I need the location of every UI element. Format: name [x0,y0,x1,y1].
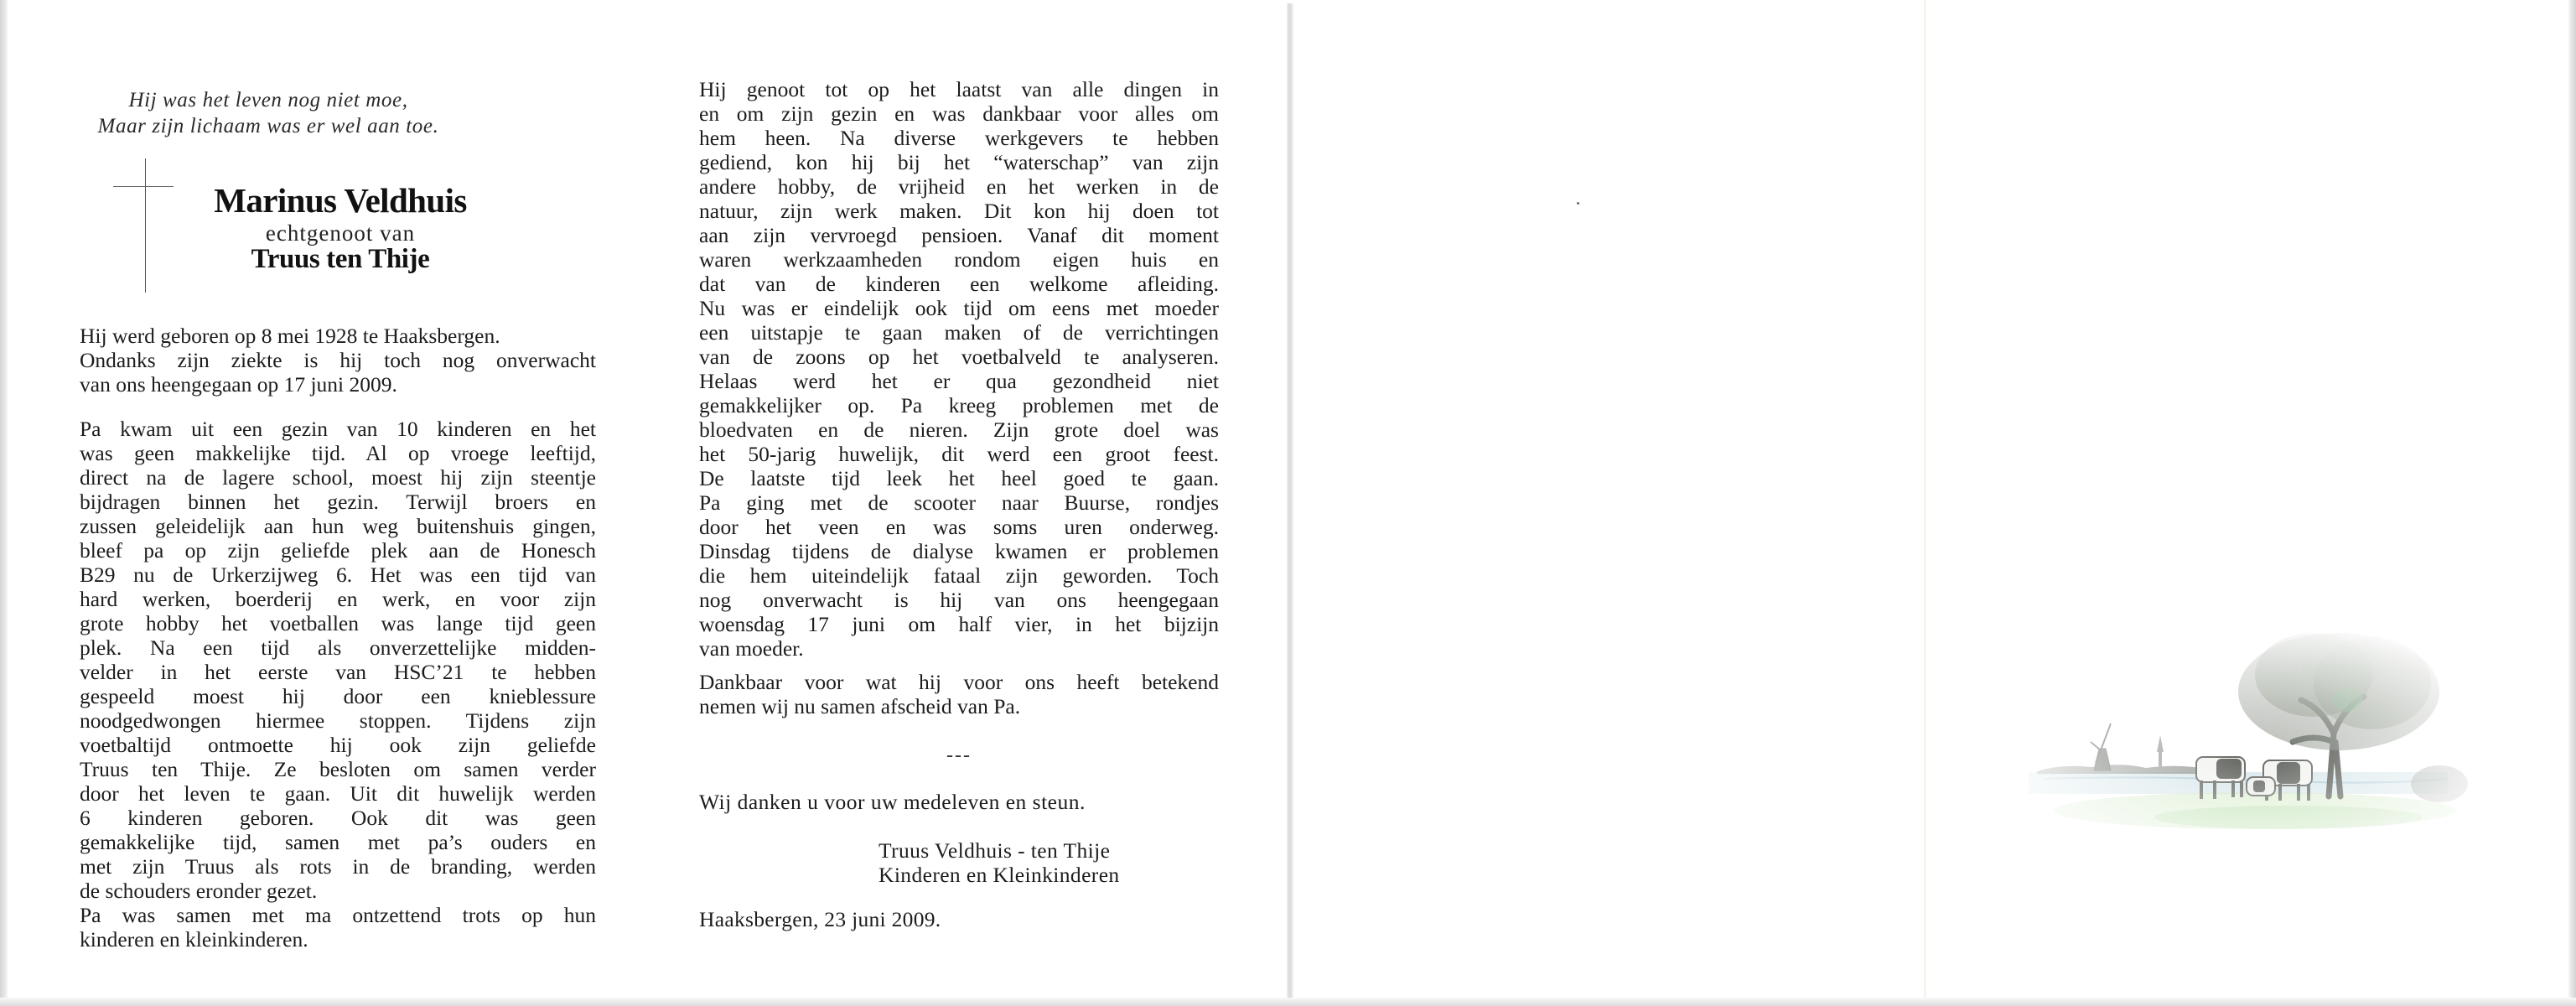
signed-by: Truus Veldhuis - ten Thije Kinderen en K… [879,838,1120,887]
text-line: gediend, kon hij bij het “waterschap” va… [699,150,1219,174]
text-line: door het leven te gaan. Uit dit huwelijk… [80,781,596,806]
later-life-paragraph: Hij genoot tot op het laatst van alle di… [699,77,1219,661]
text-line: van de zoons op het voetbalveld te analy… [699,345,1219,369]
text-line: Dinsdag tijdens de dialyse kwamen er pro… [699,539,1219,563]
card-edge-right [2568,0,2576,998]
life-story-paragraph: Pa kwam uit een gezin van 10 kinderen en… [80,417,596,952]
text-line: gespeeld moest hij door een knieblessure [80,684,596,708]
text-line: B29 nu de Urkerzijweg 6. Het was een tij… [80,563,596,587]
text-line: hard werken, boerderij en werk, en voor … [80,587,596,611]
paper-speck [1577,202,1579,205]
text-line: en om zijn gezin en was dankbaar voor al… [699,101,1219,126]
motto-line: Hij was het leven nog niet moe, [34,87,503,113]
signed-by-line: Kinderen en Kleinkinderen [879,863,1120,887]
text-line: aan zijn vervroegd pensioen. Vanaf dit m… [699,223,1219,247]
text-line: een uitstapje te gaan maken of de verric… [699,320,1219,345]
text-line: Pa kwam uit een gezin van 10 kinderen en… [80,417,596,441]
landscape-illustration [2012,616,2498,843]
text-line: van ons heengegaan op 17 juni 2009. [80,372,596,397]
text-line: woensdag 17 juni om half vier, in het bi… [699,612,1219,636]
text-line: Hij werd geboren op 8 mei 1928 te Haaksb… [80,324,596,348]
text-line: nemen wij nu samen afscheid van Pa. [699,694,1219,718]
deceased-name: Marinus Veldhuis [168,179,513,221]
text-line: Ondanks zijn ziekte is hij toch nog onve… [80,348,596,372]
text-line: andere hobby, de vrijheid en het werken … [699,174,1219,199]
text-line: Truus ten Thije. Ze besloten om samen ve… [80,757,596,781]
text-line: voetbaltijd ontmoette hij ook zijn gelie… [80,733,596,757]
text-line: Pa was samen met ma ontzettend trots op … [80,903,596,927]
card-edge-bottom [0,998,2576,1006]
birth-death-paragraph: Hij werd geboren op 8 mei 1928 te Haaksb… [80,324,596,397]
text-line: direct na de lagere school, moest hij zi… [80,465,596,490]
motto-line: Maar zijn lichaam was er wel aan toe. [34,113,503,139]
text-line: van moeder. [699,636,1219,661]
text-line: De laatste tijd leek het heel goed te ga… [699,466,1219,490]
text-line: bloedvaten en de nieren. Zijn grote doel… [699,417,1219,442]
text-line: hem heen. Na diverse werkgevers te hebbe… [699,126,1219,150]
memorial-motto: Hij was het leven nog niet moe, Maar zij… [34,87,503,139]
text-line: met zijn Truus als rots in de branding, … [80,854,596,879]
text-line: 6 kinderen geboren. Ook dit was geen [80,806,596,830]
text-line: zussen geleidelijk aan hun weg buitenshu… [80,514,596,538]
text-line: Helaas werd het er qua gezondheid niet [699,369,1219,393]
text-line: gemakkelijke tijd, samen met pa’s ouders… [80,830,596,854]
text-line: noodgedwongen hiermee stoppen. Tijdens z… [80,708,596,733]
text-line: grote hobby het voetballen was lange tij… [80,611,596,635]
card-fold-line [1287,3,1293,998]
text-line: Nu was er eindelijk ook tijd om eens met… [699,296,1219,320]
text-line: nog onverwacht is hij van ons heengegaan [699,588,1219,612]
cross-icon-horizontal [113,186,174,187]
card-edge-left [0,0,8,998]
text-line: bijdragen binnen het gezin. Terwijl broe… [80,490,596,514]
text-line: natuur, zijn werk maken. Dit kon hij doe… [699,199,1219,223]
text-line: plek. Na een tijd als onverzettelijke mi… [80,635,596,660]
text-line: kinderen en kleinkinderen. [80,927,596,952]
text-line: bleef pa op zijn geliefde plek aan de Ho… [80,538,596,563]
text-line: Pa ging met de scooter naar Buurse, rond… [699,490,1219,515]
text-line: Dankbaar voor wat hij voor ons heeft bet… [699,670,1219,694]
text-line: Hij genoot tot op het laatst van alle di… [699,77,1219,101]
text-line: het 50-jarig huwelijk, dit werd een groo… [699,442,1219,466]
text-line: door het veen en was soms uren onderweg. [699,515,1219,539]
text-line: de schouders eronder gezet. [80,879,596,903]
signed-by-line: Truus Veldhuis - ten Thije [879,838,1120,863]
text-line: was geen makkelijke tijd. Al op vroege l… [80,441,596,465]
text-line: die hem uiteindelijk fataal zijn geworde… [699,563,1219,588]
text-line: gemakkelijker op. Pa kreeg problemen met… [699,393,1219,417]
text-line: dat van de kinderen een welkome afleidin… [699,272,1219,296]
separator: --- [699,744,1219,767]
farewell-paragraph: Dankbaar voor wat hij voor ons heeft bet… [699,670,1219,718]
spouse-name: Truus ten Thije [168,242,513,276]
text-line: velder in het eerste van HSC’21 te hebbe… [80,660,596,684]
text-line: waren werkzaamheden rondom eigen huis en [699,247,1219,272]
thanks-line: Wij danken u voor uw medeleven en steun. [699,790,1086,814]
card-fold-line-secondary [1924,0,1926,998]
place-and-date: Haaksbergen, 23 juni 2009. [699,907,941,931]
cross-icon-vertical [145,158,146,293]
